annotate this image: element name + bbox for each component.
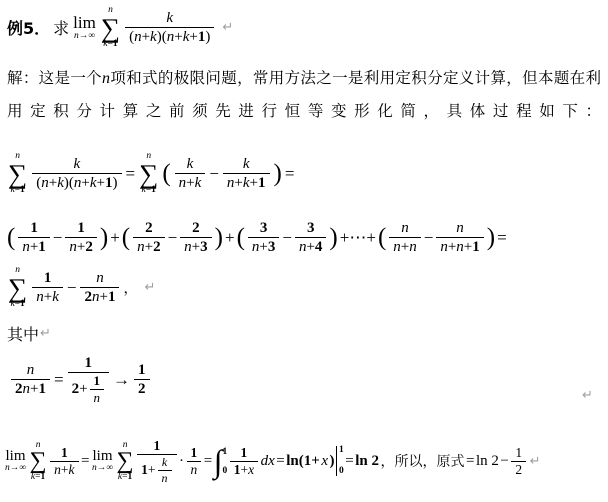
limit-op-text: lim — [6, 449, 26, 465]
fraction-numerator: n — [452, 219, 468, 237]
fraction-denominator: n+n — [389, 237, 420, 256]
equals-sign: = — [466, 453, 474, 470]
equation-line-3: n ∑ k=1 1 n+k − n 2n+1 ， ↵ — [7, 266, 155, 310]
summation-symbol: n ∑ k=1 — [139, 152, 158, 196]
sum-lower-limit: k=1 — [118, 473, 132, 483]
fraction-denominator: n — [90, 389, 105, 406]
limit-operator: lim n→∞ — [5, 449, 26, 475]
evaluation-bar: 1 0 — [336, 446, 344, 476]
equals-sign: = — [285, 164, 295, 184]
minus-sign: − — [209, 164, 219, 184]
fraction: n n+n+1 — [436, 219, 483, 256]
fraction: 1 n+k — [50, 445, 78, 478]
equation-line-5: lim n→∞ n ∑ k=1 1 n+k = lim n→∞ n ∑ k=1 … — [4, 438, 540, 485]
summation-symbol: n ∑ k=1 — [8, 152, 27, 196]
denominator-prefix: 2+ — [72, 380, 88, 398]
fraction-denominator: 2+ 1 n — [68, 372, 109, 405]
minus-sign: − — [282, 228, 292, 248]
right-paren: ) — [274, 161, 282, 186]
summation-symbol: n ∑ k=1 — [8, 266, 27, 310]
fraction-denominator: n+1 — [18, 237, 49, 256]
fraction: 1 2 — [134, 361, 150, 398]
fraction-numerator: k — [239, 155, 254, 173]
pilcrow-mark: ↵ — [40, 326, 51, 341]
sigma-icon: ∑ — [8, 162, 27, 187]
fraction-denominator: n+2 — [65, 237, 96, 256]
equals-sign: = — [497, 228, 507, 248]
sigma-icon: ∑ — [139, 162, 158, 187]
minus-sign: − — [168, 228, 178, 248]
left-paren: ( — [162, 161, 170, 186]
minus-sign: − — [424, 228, 434, 248]
equals-sign: = — [54, 370, 64, 390]
ln2-final: ln 2 — [476, 453, 499, 470]
fraction: n n+n — [389, 219, 420, 256]
sigma-icon: ∑ — [101, 16, 120, 41]
right-paren: ) — [487, 225, 495, 250]
limit-subscript: n→∞ — [92, 464, 113, 474]
inner-fraction: k n — [158, 455, 172, 485]
fraction-numerator: 2 — [188, 219, 204, 237]
interlude-text: 其中 ↵ — [7, 322, 51, 345]
fraction-denominator: n+k — [32, 287, 63, 306]
sigma-icon: ∑ — [117, 450, 134, 472]
fraction: k n+k — [175, 155, 206, 192]
limit-subscript: n→∞ — [5, 464, 26, 474]
fraction-numerator: k — [158, 455, 171, 469]
fraction-denominator: n+k — [175, 173, 206, 192]
summation-symbol: n ∑ k=1 — [117, 441, 134, 482]
fraction: k (n+k)(n+k+1) — [32, 155, 121, 192]
equals-sign: = — [276, 453, 284, 470]
fraction: 1 2 — [511, 445, 526, 478]
fraction-numerator: 1 — [511, 445, 526, 461]
fraction-denominator: (n+k)(n+k+1) — [125, 27, 214, 46]
fraction: k n+k+1 — [223, 155, 270, 192]
integral-symbol: ∫ 1 0 — [214, 445, 228, 477]
fraction-denominator: n — [187, 461, 202, 478]
left-paren: ( — [122, 225, 130, 250]
nested-fraction: 1 1+ k n — [137, 438, 176, 485]
summation-symbol: n ∑ k=1 — [101, 6, 120, 50]
comma: ， — [123, 278, 137, 298]
fraction-denominator: n+2 — [133, 237, 164, 256]
ln2-result: ln 2 — [355, 453, 379, 470]
sigma-icon: ∑ — [30, 450, 47, 472]
document-page: 例5． 求 lim n→∞ n ∑ k=1 k (n+k)(n+k+1) ↵ 解… — [0, 0, 608, 502]
fraction-denominator: n+n+1 — [436, 237, 483, 256]
denominator-prefix: 1+ — [141, 462, 155, 478]
fraction-numerator: n — [397, 219, 413, 237]
fraction-numerator: 2 — [141, 219, 157, 237]
fraction-denominator: n+4 — [295, 237, 326, 256]
inner-fraction: 1 n — [90, 373, 105, 405]
fraction: 1 n+1 — [18, 219, 49, 256]
fraction-denominator: (n+k)(n+k+1) — [32, 173, 121, 192]
fraction-denominator: n+3 — [248, 237, 279, 256]
fraction-denominator: n+3 — [180, 237, 211, 256]
variable-n: n — [102, 70, 110, 87]
equation-line-2: ( 1 n+1 − 1 n+2 ) + ( 2 n+2 − 2 n+3 ) + … — [7, 219, 507, 256]
sum-lower-limit: k=1 — [31, 473, 45, 483]
fraction-numerator: 1 — [81, 354, 97, 372]
fraction-numerator: n — [23, 361, 39, 379]
fraction-denominator: n+k — [50, 461, 78, 478]
fraction: 1 n+2 — [65, 219, 96, 256]
sum-lower-limit: k=1 — [142, 186, 156, 196]
limit-operator: lim n→∞ — [73, 14, 96, 42]
log-function-open: ln(1+ — [286, 453, 320, 470]
fraction-numerator: 1 — [134, 361, 150, 379]
equation-line-1: n ∑ k=1 k (n+k)(n+k+1) = n ∑ k=1 ( k n+k… — [7, 152, 294, 196]
problem-statement: 例5． 求 lim n→∞ n ∑ k=1 k (n+k)(n+k+1) ↵ — [7, 6, 233, 50]
fraction: 2 n+3 — [180, 219, 211, 256]
fraction-denominator: 1+x — [230, 461, 258, 478]
integral-icon: ∫ — [214, 445, 223, 477]
fraction: k (n+k)(n+k+1) — [125, 9, 214, 46]
find-text: 求 — [53, 16, 69, 39]
right-paren: ) — [215, 225, 223, 250]
fraction-numerator: 1 — [40, 269, 56, 287]
equals-sign: = — [81, 453, 89, 470]
pilcrow-mark: ↵ — [222, 20, 233, 35]
limit-operator: lim n→∞ — [92, 449, 113, 475]
among-which-text: 其中 — [7, 322, 39, 345]
limit-op-text: lim — [92, 449, 112, 465]
solution-paragraph: 解：这是一个n项和式的极限问题，常用方法之一是利用定积分定义计算，但本题在利用定… — [7, 62, 601, 128]
fraction: n 2n+1 — [80, 269, 119, 306]
eval-lower-limit: 0 — [339, 467, 344, 477]
right-paren: ) — [100, 225, 108, 250]
left-paren: ( — [7, 225, 15, 250]
eval-upper-limit: 1 — [339, 446, 344, 456]
equals-sign: = — [204, 453, 212, 470]
arrow-icon: → — [113, 370, 130, 390]
equation-line-4: n 2n+1 = 1 2+ 1 n → 1 2 — [10, 354, 151, 405]
fraction: 1 n — [187, 445, 202, 478]
fraction-numerator: 3 — [303, 219, 319, 237]
fraction: 1 1+x — [230, 445, 258, 478]
fraction-denominator: 1+ k n — [137, 454, 176, 485]
fraction-numerator: 1 — [237, 445, 252, 461]
plus-sign: + — [225, 228, 235, 248]
sum-lower-limit: k=1 — [10, 300, 24, 310]
fraction: 2 n+2 — [133, 219, 164, 256]
fraction-denominator: 2 — [134, 379, 150, 398]
sum-lower-limit: k=1 — [10, 186, 24, 196]
fraction-denominator: n — [158, 470, 172, 485]
example-label: 例5． — [7, 16, 50, 39]
fraction-numerator: k — [183, 155, 198, 173]
fraction-numerator: 3 — [256, 219, 272, 237]
sum-lower-limit: k=1 — [103, 40, 117, 50]
limit-subscript: n→∞ — [74, 32, 95, 42]
equals-sign: = — [126, 164, 136, 184]
fraction: n 2n+1 — [11, 361, 50, 398]
left-paren: ( — [237, 225, 245, 250]
fraction-denominator: 2n+1 — [11, 379, 50, 398]
limit-op-text: lim — [73, 14, 96, 32]
fraction-numerator: 1 — [57, 445, 72, 461]
minus-sign: − — [67, 278, 77, 298]
integral-lower-limit: 0 — [222, 467, 227, 477]
equals-sign: = — [345, 453, 353, 470]
ellipsis-dots: +⋯+ — [340, 228, 376, 248]
plus-sign: + — [110, 228, 120, 248]
multiplication-dot: · — [179, 453, 184, 470]
pilcrow-mark: ↵ — [582, 388, 593, 403]
left-paren: ( — [378, 225, 386, 250]
fraction: 3 n+3 — [248, 219, 279, 256]
fraction-denominator: 2n+1 — [80, 287, 119, 306]
fraction: 1 n+k — [32, 269, 63, 306]
integral-upper-limit: 1 — [222, 448, 227, 458]
differential-dx: dx — [261, 453, 275, 470]
minus-sign: − — [500, 453, 508, 470]
fraction-numerator: k — [162, 9, 177, 27]
pilcrow-mark: ↵ — [144, 280, 155, 295]
fraction-numerator: 1 — [149, 438, 164, 454]
right-paren: ) — [329, 225, 337, 250]
fraction-numerator: n — [92, 269, 108, 287]
fraction-numerator: k — [70, 155, 85, 173]
nested-fraction: 1 2+ 1 n — [68, 354, 109, 405]
fraction-numerator: 1 — [73, 219, 89, 237]
log-function-close: ) — [329, 453, 334, 470]
fraction-denominator: n+k+1 — [223, 173, 270, 192]
sigma-icon: ∑ — [8, 276, 27, 301]
therefore-text: ，所以，原式 — [380, 451, 464, 471]
summation-symbol: n ∑ k=1 — [30, 441, 47, 482]
minus-sign: − — [53, 228, 63, 248]
solution-text-1: 解：这是一个 — [7, 69, 102, 87]
fraction: 3 n+4 — [295, 219, 326, 256]
log-variable: x — [321, 453, 328, 470]
fraction-numerator: 1 — [90, 373, 105, 389]
pilcrow-mark: ↵ — [530, 454, 541, 469]
fraction-denominator: 2 — [511, 461, 526, 478]
fraction-numerator: 1 — [187, 445, 202, 461]
fraction-numerator: 1 — [26, 219, 42, 237]
